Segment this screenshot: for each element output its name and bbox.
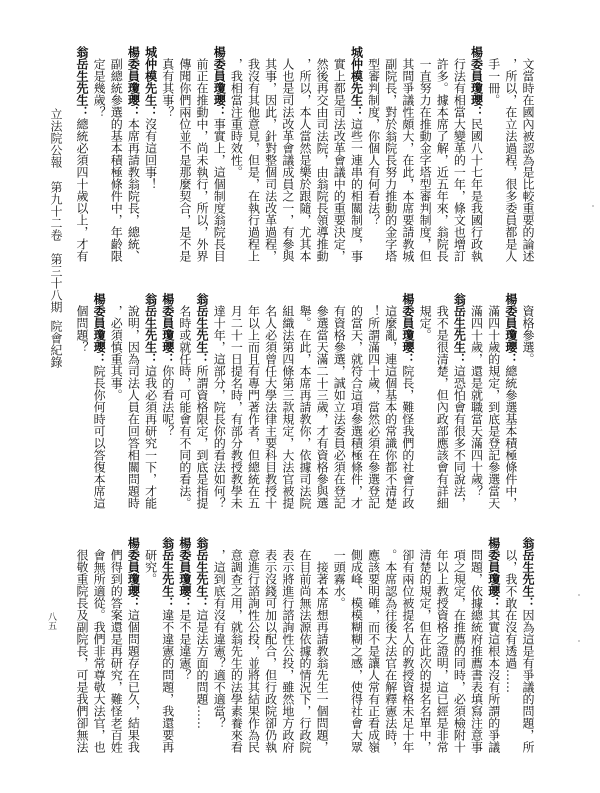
speech-text: 本席再請教翁院長，總統、 bbox=[126, 118, 140, 262]
text-column: 一直努力在推動金字塔型審判制度，但 bbox=[416, 46, 433, 268]
text-column: 的當天，就符合這項參選積極條件，才 bbox=[347, 293, 364, 515]
text-column: 。本席認為往後大法官在解釋憲法時， bbox=[382, 537, 399, 759]
text-column: ，必須慎重其事。 bbox=[107, 293, 124, 515]
speech-text: 這恐怕會有很多不同說法， bbox=[452, 365, 466, 509]
scan-noise-speck bbox=[592, 205, 594, 207]
text-column: 楊委員瓊瓔：民國八十七年是我國行政執 bbox=[467, 46, 484, 268]
text-column: 應該要明確，而不是讓人常有正看成嶺 bbox=[364, 537, 381, 759]
text-column: 表示沒錢可加以配合，但行政院卻仍執 bbox=[262, 537, 279, 759]
speech-text: 總統必須四十歲以上，才有 bbox=[75, 118, 89, 262]
text-column: 我沒有其他意見，但是，在執行過程上 bbox=[244, 46, 261, 268]
text-column: 翁岳生先生：這是法方面的問題…… bbox=[193, 537, 210, 759]
text-column: 前正在推動中，尚未執行，所以，外界 bbox=[193, 46, 210, 268]
text-column: 以，我不敢在沒有透過…… bbox=[502, 537, 519, 759]
text-column: 副總統參選的基本積極條件中，年齡限 bbox=[107, 46, 124, 268]
header-volume: 第九十二卷 bbox=[50, 181, 62, 241]
text-column: 意調查之用，就翁先生的法學素養來看 bbox=[227, 537, 244, 759]
text-column: 文當時在國內被認為是比較重要的論述 bbox=[519, 46, 536, 268]
speaker-label: 楊委員瓊瓔： bbox=[212, 46, 226, 118]
speaker-label: 翁岳生先生： bbox=[75, 46, 89, 118]
speaker-label: 翁岳生先生： bbox=[521, 537, 535, 609]
text-column: 滿四十歲的規定，到底是登記參選當天 bbox=[485, 293, 502, 515]
speaker-label: 楊委員瓊瓔： bbox=[126, 537, 140, 609]
speech-text: 院長，難怪我們的社會行政 bbox=[401, 365, 415, 509]
speech-text: 院長你何時可以答復本席這 bbox=[92, 365, 106, 509]
speaker-label: 翁岳生先生： bbox=[144, 293, 158, 365]
header-publication: 立法院公報 bbox=[50, 108, 62, 168]
speech-text: 其實這根本沒有所謂的爭議 bbox=[487, 609, 501, 753]
speech-text: 這個問題存在已久，結果我 bbox=[126, 609, 140, 753]
text-column: 資格參選。 bbox=[519, 293, 536, 515]
text-column: ！所謂滿四十歲，當然必須在參選登記 bbox=[364, 293, 381, 515]
text-column: 接著本席想再請教翁先生一個問題， bbox=[313, 537, 330, 759]
text-column: 其間爭議性頗大，在此，本席要請教城 bbox=[399, 46, 416, 268]
text-column: 實上都是司法改革會議中的重要決定， bbox=[330, 46, 347, 268]
gazette-page: 立法院公報 第九十二卷 第三十八期 院會紀錄 八五 文當時在國內被認為是比較重要… bbox=[0, 0, 600, 793]
text-column: 有資格參選，誠如立法委員必須在登記 bbox=[330, 293, 347, 515]
speaker-label: 城仲模先生： bbox=[144, 46, 158, 118]
text-column: 翁岳生先生：因為這是有爭議的問題，所 bbox=[519, 537, 536, 759]
text-column: ，我相當注重時效性。 bbox=[227, 46, 244, 268]
speaker-label: 翁岳生先生： bbox=[161, 537, 175, 609]
text-column: 楊委員瓊瓔：本席再請教翁院長，總統、 bbox=[124, 46, 141, 268]
text-column: 人也是司法改革會議成員之一，有參與 bbox=[279, 46, 296, 268]
page-number: 八五 bbox=[46, 612, 56, 630]
text-column: 定是幾歲？ bbox=[90, 46, 107, 268]
text-column: 問題，依據總統府推薦書表填寫注意事 bbox=[467, 537, 484, 759]
text-column: 行法有相當大變革的一年，條文也增訂 bbox=[450, 46, 467, 268]
text-column: ，所以，在立法過程，很多委員都是人 bbox=[502, 46, 519, 268]
speaker-label: 楊委員瓊瓔： bbox=[504, 293, 518, 365]
text-column: 說明，因為司法人員在回答相關問題時 bbox=[124, 293, 141, 515]
speaker-label: 楊委員瓊瓔： bbox=[92, 293, 106, 365]
speaker-label: 楊委員瓊瓔： bbox=[401, 293, 415, 365]
speech-text: 這我必須再研究一下，才能 bbox=[144, 365, 158, 509]
text-column: 楊委員瓊瓔：你的看法呢？ bbox=[159, 293, 176, 515]
text-column: 表示將進行諮詢性公投，雖然地方政府 bbox=[279, 537, 296, 759]
text-column: 楊委員瓊瓔：總統參選基本積極條件中， bbox=[502, 293, 519, 515]
speech-text: 你的看法呢？ bbox=[161, 365, 175, 437]
scan-noise-speck bbox=[578, 640, 580, 642]
header-issue: 第三十八期 bbox=[50, 253, 62, 313]
text-column: 副院長，對於翁院長努力推動的金字塔 bbox=[382, 46, 399, 268]
text-column: 翁岳生先生：所謂資格限定，到底是指提 bbox=[193, 293, 210, 515]
text-column: 楊委員瓊瓔：院長你何時可以答復本席這 bbox=[90, 293, 107, 515]
text-column: 一頭霧水。 bbox=[330, 537, 347, 759]
text-column: 名時或就任時，可能會有不同的看法。 bbox=[176, 293, 193, 515]
text-column: 其事，因此，針對整個司法改革過程， bbox=[262, 46, 279, 268]
text-column: 翁岳生先生：這恐怕會有很多不同說法， bbox=[450, 293, 467, 515]
text-column: 清楚的規定，但在此次的提名名單中， bbox=[416, 537, 433, 759]
speaker-label: 楊委員瓊瓔： bbox=[178, 537, 192, 609]
text-column: 傳聞你們兩位並不是那麼契合，是不是 bbox=[176, 46, 193, 268]
text-column: 城仲模先生：沒有這回事！ bbox=[141, 46, 158, 268]
text-column: 會無所適從。我們非常尊敬大法官，也 bbox=[90, 537, 107, 759]
text-column: 舉。在此，本席再請教你，依據司法院 bbox=[296, 293, 313, 515]
text-column: 然後再交由司法院，由翁院長領導推動 bbox=[313, 46, 330, 268]
text-column: 研究。 bbox=[141, 537, 158, 759]
text-column: 翁岳生先生：違不違憲的問題，我還要再 bbox=[159, 537, 176, 759]
speaker-label: 楊委員瓊瓔： bbox=[487, 537, 501, 609]
speech-text: 沒有這回事！ bbox=[144, 118, 158, 190]
text-column: 規定。 bbox=[416, 293, 433, 515]
text-column: 參選當天滿二十三歲，才有資格參與選 bbox=[313, 293, 330, 515]
speaker-label: 翁岳生先生： bbox=[452, 293, 466, 365]
text-column: 滿四十歲，還是就職當天滿四十歲？ bbox=[467, 293, 484, 515]
text-column: 卻有兩位被提名人的教授資格未足十年 bbox=[399, 537, 416, 759]
speech-text: 違不違憲的問題，我還要再 bbox=[161, 609, 175, 753]
text-column: 楊委員瓊瓔：這個問題存在已久，結果我 bbox=[124, 537, 141, 759]
speech-text: 這是法方面的問題…… bbox=[195, 609, 209, 729]
text-column: 許多。據本席了解，近五年來，翁院長 bbox=[433, 46, 450, 268]
text-column: 城仲模先生：這些一連串的相關制度，事 bbox=[347, 46, 364, 268]
speaker-label: 翁岳生先生： bbox=[195, 293, 209, 365]
text-column: 們得到的答案還是再研究，難怪老百姓 bbox=[107, 537, 124, 759]
text-column: ，所以，本人當然是樂於跟隨，尤其本 bbox=[296, 46, 313, 268]
speech-text: 事實上，這個制度翁院長目 bbox=[212, 118, 226, 262]
speaker-label: 楊委員瓊瓔： bbox=[126, 46, 140, 118]
speech-text: 是不是違憲？ bbox=[178, 609, 192, 681]
text-column: 組織法第四條第三款規定，大法官被提 bbox=[279, 293, 296, 515]
text-column: 手一冊。 bbox=[485, 46, 502, 268]
text-column: 側成峰、模模糊糊之感，使得社會大眾 bbox=[347, 537, 364, 759]
text-column: 項之規定，在推薦的同時，必須檢附十 bbox=[450, 537, 467, 759]
text-column: ，這到底有沒有違憲？適不適當？ bbox=[210, 537, 227, 759]
speaker-label: 楊委員瓊瓔： bbox=[161, 293, 175, 365]
text-column: 楊委員瓊瓔：是不是違憲？ bbox=[176, 537, 193, 759]
text-column: 達十年，這部分，院長你的看法如何？ bbox=[210, 293, 227, 515]
speaker-label: 翁岳生先生： bbox=[195, 537, 209, 609]
speech-text: 因為這是有爭議的問題，所 bbox=[521, 609, 535, 753]
text-column: 我不是很清楚，但內政部應該會有詳細 bbox=[433, 293, 450, 515]
speech-text: 這些一連串的相關制度，事 bbox=[349, 118, 363, 262]
speech-text: 所謂資格限定，到底是指提 bbox=[195, 365, 209, 509]
text-column: 個問題？ bbox=[73, 293, 90, 515]
text-column: 楊委員瓊瓔：事實上，這個制度翁院長目 bbox=[210, 46, 227, 268]
text-column: 這麼亂，連這個基本的常識你都不清楚 bbox=[382, 293, 399, 515]
text-column: 真有其事？ bbox=[159, 46, 176, 268]
speaker-label: 楊委員瓊瓔： bbox=[470, 46, 484, 118]
text-column: 楊委員瓊瓔：其實這根本沒有所謂的爭議 bbox=[485, 537, 502, 759]
text-column: 年以上而且有專門著作者，但總統在五 bbox=[244, 293, 261, 515]
text-column: 翁岳生先生：總統必須四十歲以上，才有 bbox=[73, 46, 90, 268]
text-column: 年以上教授資格之證明，這已經是非常 bbox=[433, 537, 450, 759]
text-column: 翁岳生先生：這我必須再研究一下，才能 bbox=[141, 293, 158, 515]
text-column: 意進行諮詢性公投，並將其結果作為民 bbox=[244, 537, 261, 759]
speaker-label: 城仲模先生： bbox=[349, 46, 363, 118]
text-tier-top: 文當時在國內被認為是比較重要的論述 ，所以，在立法過程，很多委員都是人 手一冊。… bbox=[73, 46, 536, 268]
speech-text: 總統參選基本積極條件中， bbox=[504, 365, 518, 509]
header-section: 院會紀錄 bbox=[50, 320, 62, 368]
text-column: 名人必須曾任大學法律主要科目教授十 bbox=[262, 293, 279, 515]
scan-noise-speck bbox=[578, 594, 580, 596]
speech-text: 民國八十七年是我國行政執 bbox=[470, 118, 484, 262]
text-tier-middle: 資格參選。 楊委員瓊瓔：總統參選基本積極條件中， 滿四十歲的規定，到底是登記參選… bbox=[73, 293, 536, 515]
text-column: 型審判制度，你個人有何看法？ bbox=[364, 46, 381, 268]
text-column: 楊委員瓊瓔：院長，難怪我們的社會行政 bbox=[399, 293, 416, 515]
text-column: 月二十一日提名時，有部分教授教學未 bbox=[227, 293, 244, 515]
text-column: 很敬重院長及副院長，可是我們卻無法 bbox=[73, 537, 90, 759]
text-tier-bottom: 翁岳生先生：因為這是有爭議的問題，所 以，我不敢在沒有透過…… 楊委員瓊瓔：其實… bbox=[73, 537, 536, 759]
text-column: 在目前尚無法源依據的情況下，行政院 bbox=[296, 537, 313, 759]
